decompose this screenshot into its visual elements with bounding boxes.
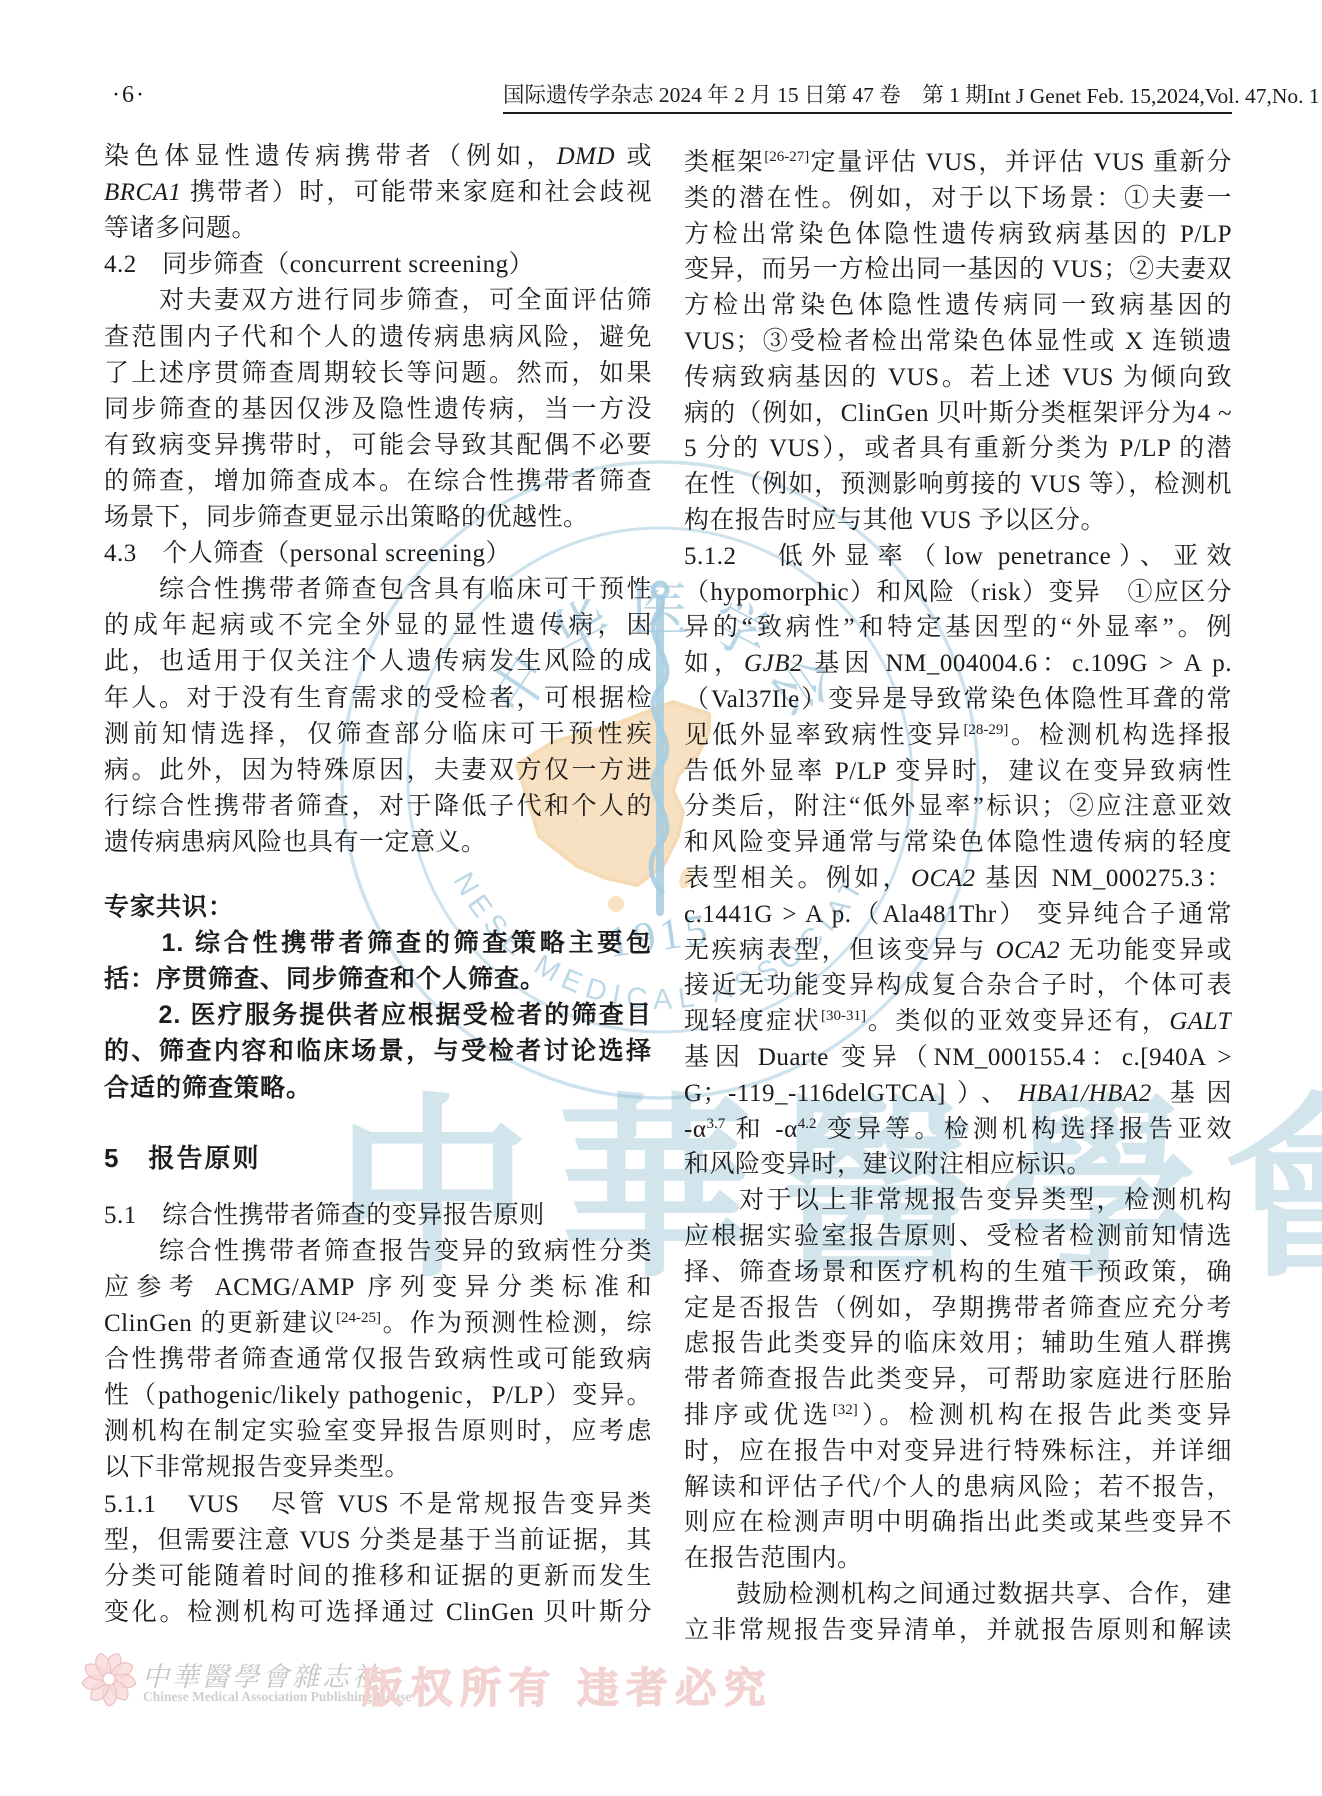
journal-title-cn: 国际遗传学杂志 2024 年 2 月 15 日第 47 卷 第 1 期 [503, 78, 987, 109]
text-line: 合适的筛查策略。 [104, 1071, 652, 1107]
text-line: 传病致病基因的 VUS。若上述 VUS 为倾向致 [684, 361, 1232, 397]
text-line: 如，GJB2 基因 NM_004004.6：c.109G > A p. [684, 647, 1232, 683]
text-line: 表型相关。例如，OCA2 基因 NM_000275.3： [684, 862, 1232, 898]
text-line: （hypomorphic）和风险（risk）变异 ①应区分变 [684, 576, 1232, 612]
text-line: 则应在检测声明中明确指出此类或某些变异不 [684, 1506, 1232, 1542]
text-line: VUS；③受检者检出常染色体显性或 X 连锁遗 [684, 325, 1232, 361]
text-line: ClinGen 的更新建议[24-25]。作为预测性检测，综 [104, 1307, 652, 1343]
text-line: 变化。检测机构可选择通过 ClinGen 贝叶斯分 [104, 1596, 652, 1632]
text-line: 接近无功能变异构成复合杂合子时，个体可表 [684, 969, 1232, 1005]
text-line: 带者筛查报告此类变异，可帮助家庭进行胚胎 [684, 1363, 1232, 1399]
text-line: 应参考 ACMG/AMP 序列变异分类标准和 [104, 1271, 652, 1307]
text-line: 5 分的 VUS），或者具有重新分类为 P/LP 的潜 [684, 432, 1232, 468]
text-line: 鼓励检测机构之间通过数据共享、合作，建 [684, 1578, 1232, 1614]
text-line: 的、筛查内容和临床场景，与受检者讨论选择 [104, 1034, 652, 1070]
text-line: 场景下，同步筛查更显示出策略的优越性。 [104, 501, 652, 537]
text-line: 等诸多问题。 [104, 212, 652, 248]
text-line: 应根据实验室报告原则、受检者检测前知情选 [684, 1220, 1232, 1256]
text-line: 性（pathogenic/likely pathogenic，P/LP）变异。检 [104, 1379, 652, 1415]
running-head: 国际遗传学杂志 2024 年 2 月 15 日第 47 卷 第 1 期 Int … [503, 78, 1232, 114]
text-line: 现轻度症状[30-31]。类似的亚效变异还有，GALT [684, 1005, 1232, 1041]
text-line: 的筛查，增加筛查成本。在综合性携带者筛查 [104, 465, 652, 501]
text-line: 分类可能随着时间的推移和证据的更新而发生 [104, 1560, 652, 1596]
caduceus-icon [651, 583, 667, 912]
text-line: 定是否报告（例如，孕期携带者筛查应充分考 [684, 1292, 1232, 1328]
text-line: 了上述序贯筛查周期较长等问题。然而，如果 [104, 357, 652, 393]
text-line: 型，但需要注意 VUS 分类是基于当前证据，其 [104, 1524, 652, 1560]
text-line: 合性携带者筛查通常仅报告致病性或可能致病 [104, 1343, 652, 1379]
text-line: 此，也适用于仅关注个人遗传病发生风险的成 [104, 645, 652, 681]
text-line: 方检出常染色体隐性遗传病致病基因的 P/LP [684, 218, 1232, 254]
text-line: 类的潜在性。例如，对于以下场景：①夫妻一 [684, 182, 1232, 218]
text-line: 年人。对于没有生育需求的受检者，可根据检 [104, 682, 652, 718]
text-line: 对夫妻双方进行同步筛查，可全面评估筛 [104, 284, 652, 320]
section-heading: 5 报告原则 [104, 1141, 652, 1177]
text-line: 有致病变异携带时，可能会导致其配偶不必要 [104, 429, 652, 465]
text-line: 同步筛查的基因仅涉及隐性遗传病，当一方没 [104, 393, 652, 429]
text-line: 基因 Duarte 变异（NM_000155.4：c.[940A > [684, 1041, 1232, 1077]
text-line: 择、筛查场景和医疗机构的生殖干预政策，确 [684, 1256, 1232, 1292]
text-line: 的成年起病或不完全外显的显性遗传病，因 [104, 609, 652, 645]
text-line: 4.2 同步筛查（concurrent screening） [104, 248, 652, 284]
copyright-watermark: 版权所有 违者必究 [362, 1655, 773, 1714]
text-line: 无疾病表型，但该变异与 OCA2 无功能变异或 [684, 934, 1232, 970]
text-line: 变异，而另一方检出同一基因的 VUS；②夫妻双 [684, 253, 1232, 289]
text-line: 测机构在制定实验室变异报告原则时，应考虑 [104, 1415, 652, 1451]
text-line: 综合性携带者筛查报告变异的致病性分类 [104, 1235, 652, 1271]
text-line: 告低外显率 P/LP 变异时，建议在变异致病性 [684, 755, 1232, 791]
text-line: 4.3 个人筛查（personal screening） [104, 537, 652, 573]
text-line: 5.1.2 低外显率（low penetrance）、亚效 [684, 540, 1232, 576]
text-line: 1. 综合性携带者筛查的筛查策略主要包 [104, 926, 652, 962]
text-line: 对于以上非常规报告变异类型，检测机构 [684, 1184, 1232, 1220]
text-line: 5.1.1 VUS 尽管 VUS 不是常规报告变异类 [104, 1488, 652, 1524]
text-line: 以下非常规报告变异类型。 [104, 1451, 652, 1487]
text-line: 和风险变异通常与常染色体隐性遗传病的轻度 [684, 826, 1232, 862]
text-line: 病的（例如，ClinGen 贝叶斯分类框架评分为4 ~ [684, 397, 1232, 433]
text-line: 病。此外，因为特殊原因，夫妻双方仅一方进 [104, 754, 652, 790]
text-line: 遗传病患病风险也具有一定意义。 [104, 826, 652, 862]
text-line: 见低外显率致病性变异[28-29]。检测机构选择报 [684, 719, 1232, 755]
text-line: 综合性携带者筛查包含具有临床可干预性 [104, 573, 652, 609]
journal-page: 中 华 医 学 会 1915 CHINESE MEDICAL ASSOCIATI… [0, 0, 1322, 1796]
text-line: 方检出常染色体隐性遗传病同一致病基因的 [684, 289, 1232, 325]
text-line: 测前知情选择，仅筛查部分临床可干预性疾 [104, 718, 652, 754]
text-line: BRCA1 携带者）时，可能带来家庭和社会歧视 [104, 176, 652, 212]
text-line: 查范围内子代和个人的遗传病患病风险，避免 [104, 321, 652, 357]
text-line: -α3.7 和 -α4.2 变异等。检测机构选择报告亚效 [684, 1113, 1232, 1149]
text-line: 构在报告时应与其他 VUS 予以区分。 [684, 504, 1232, 540]
text-line: 括：序贯筛查、同步筛查和个人筛查。 [104, 962, 652, 998]
text-line: （Val37Ile）变异是导致常染色体隐性耳聋的常 [684, 683, 1232, 719]
text-line: 行综合性携带者筛查，对于降低子代和个人的 [104, 790, 652, 826]
text-line: 在性（例如，预测影响剪接的 VUS 等），检测机 [684, 468, 1232, 504]
text-line: 分类后，附注“低外显率”标识；②应注意亚效 [684, 790, 1232, 826]
text-line: 染色体显性遗传病携带者（例如，DMD 或 [104, 140, 652, 176]
text-line: c.1441G > A p.（Ala481Thr） 变异纯合子通常 [684, 898, 1232, 934]
text-line: 异的“致病性”和特定基因型的“外显率”。例 [684, 611, 1232, 647]
publisher-footer: 中華醫學會雜志社 Chinese Medical Association Pub… [0, 1645, 1322, 1725]
text-line: 专家共识： [104, 890, 652, 926]
text-line: 2. 医疗服务提供者应根据受检者的筛查目 [104, 998, 652, 1034]
text-line: 解读和评估子代/个人的患病风险；若不报告， [684, 1471, 1232, 1507]
text-line: 在报告范围内。 [684, 1542, 1232, 1578]
text-line: 5.1 综合性携带者筛查的变异报告原则 [104, 1199, 652, 1235]
text-line: 排序或优选[32]）。检测机构在报告此类变异 [684, 1399, 1232, 1435]
text-line: G；-119_-116delGTCA]）、HBA1/HBA2 基因 [684, 1077, 1232, 1113]
cma-flower-icon [80, 1650, 138, 1708]
journal-title-en: Int J Genet Feb. 15,2024,Vol. 47,No. 1 [987, 84, 1320, 109]
page-number: ·6· [112, 82, 146, 109]
text-line: 立非常规报告变异清单，并就报告原则和解读 [684, 1614, 1232, 1650]
text-line: 时，应在报告中对变异进行特殊标注，并详细 [684, 1435, 1232, 1471]
text-line: 虑报告此类变异的临床效用；辅助生殖人群携 [684, 1327, 1232, 1363]
text-line: 类框架[26-27]定量评估 VUS，并评估 VUS 重新分 [684, 146, 1232, 182]
text-line: 和风险变异时，建议附注相应标识。 [684, 1148, 1232, 1184]
